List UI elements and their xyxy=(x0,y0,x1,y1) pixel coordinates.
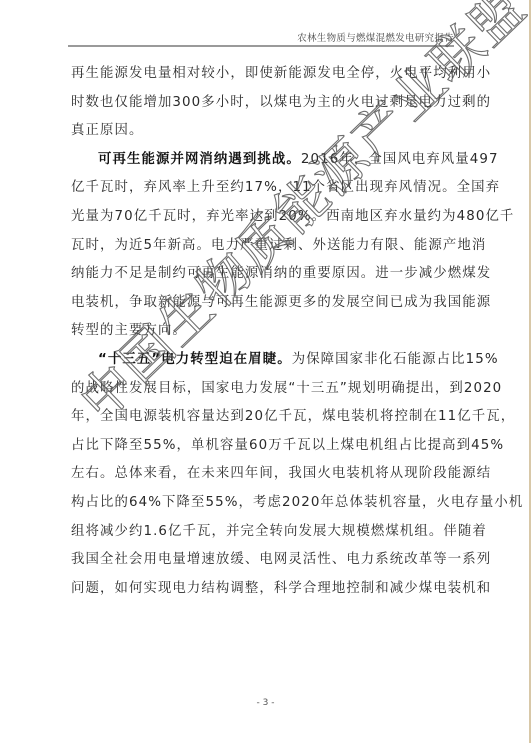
text-line: 时数也仅能增加300多小时，以煤电为主的火电过剩是电力过剩的 xyxy=(71,89,471,118)
text-line: 年，全国电源装机容量达到20亿千瓦，煤电装机将控制在11亿千瓦， xyxy=(71,403,471,432)
text-line: 构占比的64%下降至55%，考虑2020年总体装机容量，火电存量小机 xyxy=(71,489,471,518)
page-header-title: 农林生物质与燃煤混燃发电研究报告 xyxy=(68,30,454,44)
paragraph-heading: 可再生能源并网消纳遇到挑战。 xyxy=(98,152,301,167)
text-line: 问题，如何实现电力结构调整，科学合理地控制和减少煤电装机和 xyxy=(71,575,471,604)
text-line: 电装机，争取新能源与可再生能源更多的发展空间已成为我国能源 xyxy=(71,289,471,318)
text-line: 组将减少约1.6亿千瓦，并完全转向发展大规模燃煤机组。伴随着 xyxy=(71,518,471,547)
text-span: 2016年，全国风电弃风量497 xyxy=(301,152,499,167)
paragraph-first-line: 可再生能源并网消纳遇到挑战。2016年，全国风电弃风量497 xyxy=(71,146,471,175)
text-line: 真正原因。 xyxy=(71,117,471,146)
text-line: 左右。总体来看，在未来四年间，我国火电装机将从现阶段能源结 xyxy=(71,460,471,489)
text-line: 亿千瓦时，弃风率上升至约17%，11个省区出现弃风情况。全国弃 xyxy=(71,174,471,203)
text-line: 我国全社会用电量增速放缓、电网灵活性、电力系统改革等一系列 xyxy=(71,546,471,575)
document-page: 农林生物质与燃煤混燃发电研究报告 再生能源发电量相对较小，即使新能源发电全停，火… xyxy=(0,0,529,743)
page-number: - 3 - xyxy=(0,698,531,708)
body-text: 再生能源发电量相对较小，即使新能源发电全停，火电平均利用小 时数也仅能增加300… xyxy=(71,60,471,603)
paragraph-first-line: “十三五”电力转型迫在眉睫。为保障国家非化石能源占比15% xyxy=(71,346,471,375)
text-line: 的战略性发展目标，国家电力发展“十三五”规划明确提出，到2020 xyxy=(71,375,471,404)
paragraph-heading: “十三五”电力转型迫在眉睫。 xyxy=(98,352,292,367)
text-line: 占比下降至55%，单机容量60万千瓦以上煤电机组占比提高到45% xyxy=(71,432,471,461)
text-line: 光量为70亿千瓦时，弃光率达到20%。西南地区弃水量约为480亿千 xyxy=(71,203,471,232)
text-span: 为保障国家非化石能源占比15% xyxy=(292,352,499,367)
text-line: 转型的主要方向。 xyxy=(71,317,471,346)
text-line: 纳能力不足是制约可再生能源消纳的重要原因。进一步减少燃煤发 xyxy=(71,260,471,289)
text-line: 瓦时，为近5年新高。电力严重过剩、外送能力有限、能源产地消 xyxy=(71,232,471,261)
header-divider xyxy=(68,45,454,47)
text-line: 再生能源发电量相对较小，即使新能源发电全停，火电平均利用小 xyxy=(71,60,471,89)
